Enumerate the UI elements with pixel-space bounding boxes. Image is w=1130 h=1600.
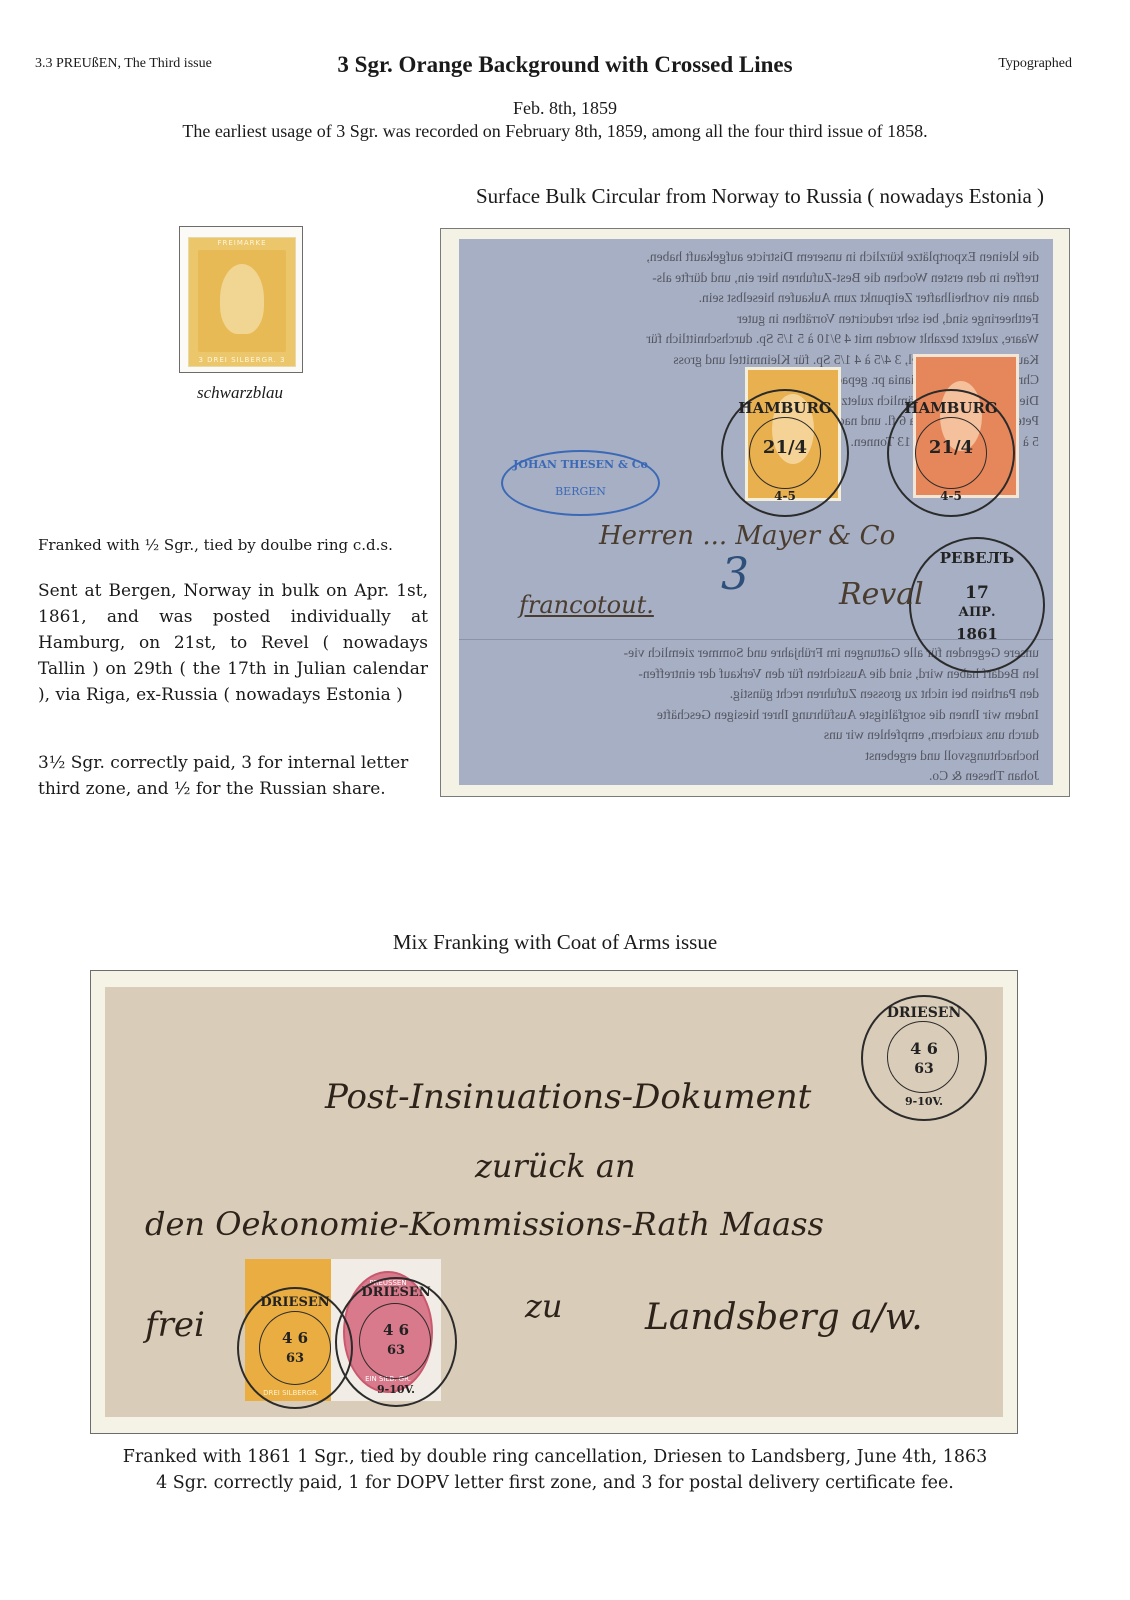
stamp-caption: schwarzblau — [150, 383, 330, 403]
thesen-cachet-stamp: JOHAN THESEN & Co BERGEN — [501, 450, 660, 516]
cachet-top-text: JOHAN THESEN & Co — [503, 458, 658, 471]
print-line: dann ein vortheilhafter Zeitpunkt zum Au… — [499, 288, 1039, 309]
cachet-bottom-text: BERGEN — [503, 485, 658, 498]
print-line: Indem wir Ihnen die sorgfältigste Ausfüh… — [499, 705, 1039, 726]
cover2-caption: Franked with 1861 1 Sgr., tied by double… — [0, 1444, 1110, 1496]
page-title: 3 Sgr. Orange Background with Crossed Li… — [280, 52, 850, 78]
cover1-route-note: Sent at Bergen, Norway in bulk on Apr. 1… — [38, 578, 428, 708]
driesen-cds-stamp2: DRIESEN 4 6 63 9-10V. — [335, 1277, 457, 1407]
portrait-icon — [220, 264, 264, 334]
cover2-mount: Post-Insinuations-Dokument zurück an den… — [90, 970, 1018, 1434]
cover2-line3: den Oekonomie-Kommissions-Rath Maass — [145, 1205, 824, 1243]
cover1-circular: die kleinen Exportplätze kürzlich in uns… — [459, 239, 1053, 785]
cover1-rate-note: 3½ Sgr. correctly paid, 3 for internal l… — [38, 750, 428, 802]
stamp-bottom-text: 3 DREI SILBERGR. 3 — [189, 356, 295, 364]
print-line: hochachtungsvoll und ergebenst — [499, 746, 1039, 767]
cover2-frei: frei — [145, 1305, 205, 1345]
intro-text: The earliest usage of 3 Sgr. was recorde… — [0, 121, 1110, 142]
hamburg-cds-right: HAMBURG 21/4 4-5 — [887, 389, 1015, 517]
cover1-address: Herren ... Mayer & Co — [599, 521, 895, 551]
print-line: durch uns zusichern, empfehlen wir uns — [499, 725, 1039, 746]
cover1-destination: Reval — [839, 577, 924, 612]
revel-arrival-cds: РЕВЕЛЪ 17 АПР. 1861 — [909, 537, 1045, 673]
cover2-line4: zu — [525, 1287, 562, 1325]
earliest-date: Feb. 8th, 1859 — [0, 98, 1130, 119]
cover2-line2: zurück an — [475, 1147, 636, 1185]
cover2-letter: Post-Insinuations-Dokument zurück an den… — [105, 987, 1003, 1417]
print-line: treffen in den ersten Wochen die Best-Zu… — [499, 268, 1039, 289]
print-line: Fettheeringe sind, bei sehr reducirten V… — [499, 309, 1039, 330]
cover2-line5: Landsberg a/w. — [645, 1297, 923, 1338]
cover2-title: Mix Franking with Coat of Arms issue — [0, 930, 1110, 955]
single-stamp-mount: FREIMARKE 3 DREI SILBERGR. 3 — [179, 226, 303, 373]
print-line: Johan Thesen & Co. — [499, 766, 1039, 787]
stamp-top-text: FREIMARKE — [189, 239, 295, 247]
print-line: Waare, zuletzt bezahlt worden mit 4 9/10… — [499, 329, 1039, 350]
print-line: den Parthien bei nicht zu grossen Zufuhr… — [499, 684, 1039, 705]
stamp-portrait-field — [198, 250, 286, 352]
cover2-line1: Post-Insinuations-Dokument — [325, 1077, 811, 1117]
stamp-3sgr-image: FREIMARKE 3 DREI SILBERGR. 3 — [188, 237, 296, 367]
cover1-franking-note: Franked with ½ Sgr., tied by doulbe ring… — [38, 535, 428, 555]
hamburg-cds-left: HAMBURG 21/4 4-5 — [721, 389, 849, 517]
cover1-mount: die kleinen Exportplätze kürzlich in uns… — [440, 228, 1070, 797]
cover1-route-note-handwritten: francotout. — [519, 591, 654, 619]
cover2-caption-line2: 4 Sgr. correctly paid, 1 for DOPV letter… — [0, 1470, 1110, 1496]
cover1-rate-mark: 3 — [721, 549, 749, 600]
driesen-cds-main: DRIESEN 4 6 63 9-10V. — [861, 995, 987, 1121]
print-line: die kleinen Exportplätze kürzlich in uns… — [499, 247, 1039, 268]
printing-method: Typographed — [998, 56, 1072, 72]
cover2-caption-line1: Franked with 1861 1 Sgr., tied by double… — [0, 1444, 1110, 1470]
section-label: 3.3 PREUßEN, The Third issue — [35, 56, 212, 72]
cover1-title: Surface Bulk Circular from Norway to Rus… — [440, 184, 1080, 209]
